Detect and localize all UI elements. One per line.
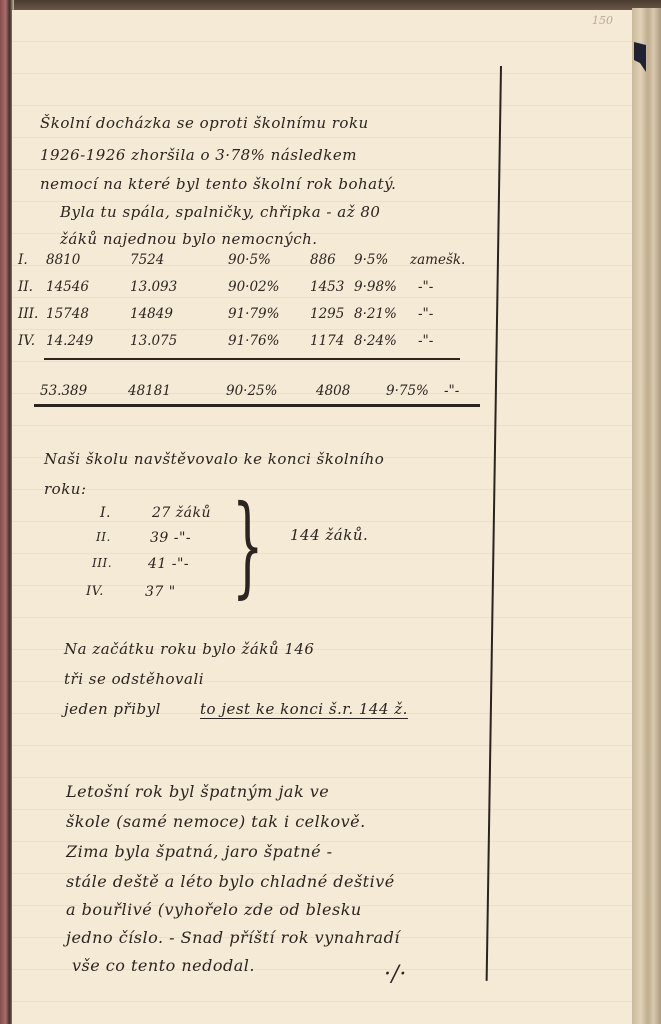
cell-pct: 90·5% bbox=[228, 252, 271, 268]
para1-line-4: Byla tu spála, spalničky, chřipka - až 8… bbox=[60, 203, 380, 221]
class-label: IV. bbox=[86, 584, 104, 599]
cell-missed: 886 bbox=[310, 252, 336, 268]
cell-missed-pct: 8·21% bbox=[354, 306, 397, 322]
cell-note: -"- bbox=[418, 306, 433, 322]
para2-line-2: roku: bbox=[44, 480, 87, 498]
cell-missed: 1174 bbox=[310, 333, 344, 349]
total-pct: 90·25% bbox=[226, 383, 277, 399]
cell-class: IV. bbox=[18, 333, 35, 349]
end-mark: ·/· bbox=[384, 962, 407, 987]
para3-line-3-underlined: to jest ke konci š.r. 144 ž. bbox=[200, 700, 408, 718]
cell-class: III. bbox=[18, 306, 38, 322]
cell-actual: 13.075 bbox=[130, 333, 177, 349]
cell-actual: 13.093 bbox=[130, 279, 177, 295]
cell-note: zamešk. bbox=[410, 252, 465, 268]
cell-missed-pct: 9·98% bbox=[354, 279, 397, 295]
class-label: III. bbox=[92, 556, 112, 570]
class-label: I. bbox=[100, 505, 111, 521]
para4-line-1: Letošní rok byl špatným jak ve bbox=[66, 782, 329, 801]
para1-line-3: nemocí na které byl tento školní rok boh… bbox=[40, 175, 396, 193]
cell-possible: 15748 bbox=[46, 306, 89, 322]
table-sum-rule bbox=[44, 358, 460, 360]
para1-line-1: Školní docházka se oproti školnímu roku bbox=[40, 114, 369, 132]
para4-line-6: jedno číslo. - Snad příští rok vynahradí bbox=[66, 928, 400, 947]
total-missed: 4808 bbox=[316, 383, 350, 399]
para4-line-3: Zima byla špatná, jaro špatné - bbox=[66, 842, 333, 861]
para2-line-1: Naši školu navštěvovalo ke konci školníh… bbox=[44, 450, 384, 468]
cell-missed: 1295 bbox=[310, 306, 344, 322]
cell-note: -"- bbox=[418, 333, 433, 349]
table-row: I. 8810 7524 90·5% 886 9·5% zamešk. bbox=[18, 252, 488, 274]
total-possible: 53.389 bbox=[40, 383, 87, 399]
class-count: 27 žáků bbox=[152, 505, 211, 521]
total-note: -"- bbox=[444, 383, 459, 399]
table-row: IV. 14.249 13.075 91·76% 1174 8·24% -"- bbox=[18, 333, 488, 355]
table-row: III. 15748 14849 91·79% 1295 8·21% -"- bbox=[18, 306, 488, 328]
para3-line-3-start: jeden přibyl bbox=[64, 700, 161, 718]
para4-line-5: a bouřlivé (vyhořelo zde od blesku bbox=[66, 900, 362, 919]
brace-icon: } bbox=[232, 490, 264, 600]
class-count: 41 -"- bbox=[148, 556, 189, 572]
total-actual: 48181 bbox=[128, 383, 171, 399]
cell-note: -"- bbox=[418, 279, 433, 295]
table-total-rule bbox=[34, 404, 480, 407]
cell-possible: 14.249 bbox=[46, 333, 93, 349]
cell-missed-pct: 9·5% bbox=[354, 252, 388, 268]
total-missed-pct: 9·75% bbox=[386, 383, 429, 399]
para4-line-2: škole (samé nemoce) tak i celkově. bbox=[66, 812, 366, 831]
table-total-row: 53.389 48181 90·25% 4808 9·75% -"- bbox=[40, 383, 510, 405]
para4-line-4: stále deště a léto bylo chladné deštivé bbox=[66, 872, 395, 891]
cell-actual: 14849 bbox=[130, 306, 173, 322]
para3-line-1: Na začátku roku bylo žáků 146 bbox=[64, 640, 314, 658]
page-stack-edge bbox=[632, 8, 661, 1024]
cell-actual: 7524 bbox=[130, 252, 164, 268]
class-count: 39 -"- bbox=[150, 530, 191, 546]
page-number: 150 bbox=[592, 14, 613, 27]
cell-missed: 1453 bbox=[310, 279, 344, 295]
para3-line-2: tři se odstěhovali bbox=[64, 670, 204, 688]
para1-line-2: 1926-1926 zhoršila o 3·78% následkem bbox=[40, 146, 357, 164]
cell-class: I. bbox=[18, 252, 28, 268]
para4-line-7: vše co tento nedodal. bbox=[72, 956, 255, 975]
cell-possible: 14546 bbox=[46, 279, 89, 295]
cell-pct: 91·76% bbox=[228, 333, 279, 349]
cell-pct: 90·02% bbox=[228, 279, 279, 295]
class-label: II. bbox=[96, 530, 111, 544]
class-total: 144 žáků. bbox=[290, 526, 368, 544]
para1-line-5: žáků najednou bylo nemocných. bbox=[60, 230, 318, 248]
cell-possible: 8810 bbox=[46, 252, 80, 268]
class-count: 37 " bbox=[145, 584, 176, 600]
table-row: II. 14546 13.093 90·02% 1453 9·98% -"- bbox=[18, 279, 488, 301]
cell-class: II. bbox=[18, 279, 33, 295]
cell-pct: 91·79% bbox=[228, 306, 279, 322]
cell-missed-pct: 8·24% bbox=[354, 333, 397, 349]
